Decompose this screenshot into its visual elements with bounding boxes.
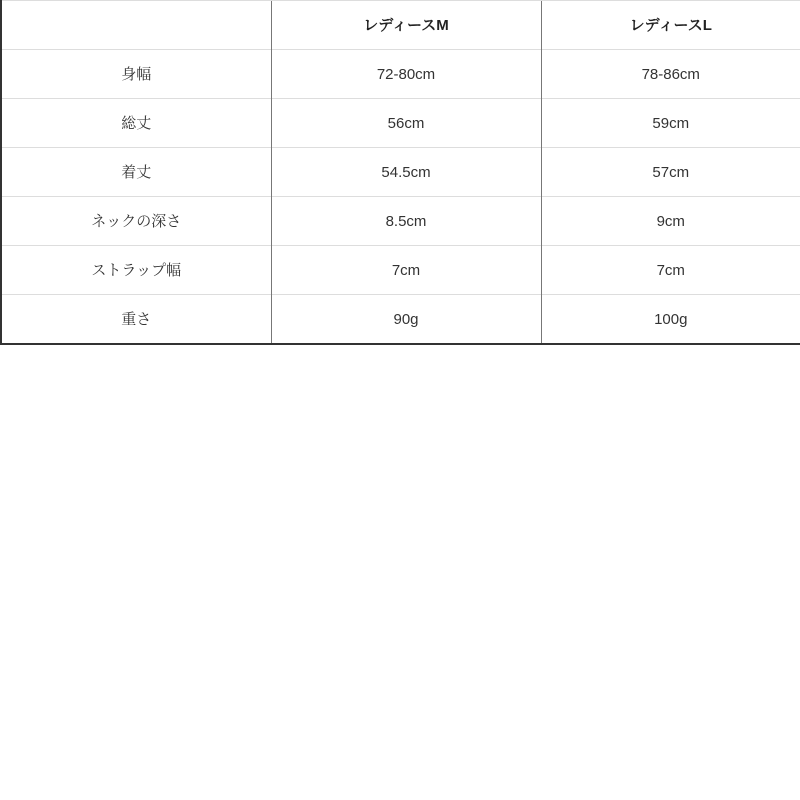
cell-value-m: 54.5cm xyxy=(271,148,541,197)
cell-value-l: 100g xyxy=(541,295,800,345)
table-row-body-width: 身幅 72-80cm 78-86cm xyxy=(1,50,800,99)
cell-value-m: 56cm xyxy=(271,99,541,148)
header-row: レディースM レディースL xyxy=(1,1,800,50)
cell-value-m: 90g xyxy=(271,295,541,345)
size-chart-header: レディースM レディースL xyxy=(1,1,800,50)
row-label: ストラップ幅 xyxy=(1,246,271,295)
cell-value-m: 8.5cm xyxy=(271,197,541,246)
table-row-weight: 重さ 90g 100g xyxy=(1,295,800,345)
table-row-garment-length: 着丈 54.5cm 57cm xyxy=(1,148,800,197)
row-label: 総丈 xyxy=(1,99,271,148)
row-label: ネックの深さ xyxy=(1,197,271,246)
table-row-strap-width: ストラップ幅 7cm 7cm xyxy=(1,246,800,295)
header-cell-ladies-l: レディースL xyxy=(541,1,800,50)
row-label: 着丈 xyxy=(1,148,271,197)
row-label: 重さ xyxy=(1,295,271,345)
header-cell-empty xyxy=(1,1,271,50)
cell-value-l: 57cm xyxy=(541,148,800,197)
row-label: 身幅 xyxy=(1,50,271,99)
cell-value-l: 59cm xyxy=(541,99,800,148)
size-chart-body: 身幅 72-80cm 78-86cm 総丈 56cm 59cm 着丈 54.5c… xyxy=(1,50,800,345)
table-row-neck-depth: ネックの深さ 8.5cm 9cm xyxy=(1,197,800,246)
cell-value-l: 9cm xyxy=(541,197,800,246)
header-cell-ladies-m: レディースM xyxy=(271,1,541,50)
table-row-total-length: 総丈 56cm 59cm xyxy=(1,99,800,148)
cell-value-m: 72-80cm xyxy=(271,50,541,99)
size-chart-table: レディースM レディースL 身幅 72-80cm 78-86cm 総丈 56cm… xyxy=(0,0,800,345)
cell-value-m: 7cm xyxy=(271,246,541,295)
cell-value-l: 7cm xyxy=(541,246,800,295)
cell-value-l: 78-86cm xyxy=(541,50,800,99)
